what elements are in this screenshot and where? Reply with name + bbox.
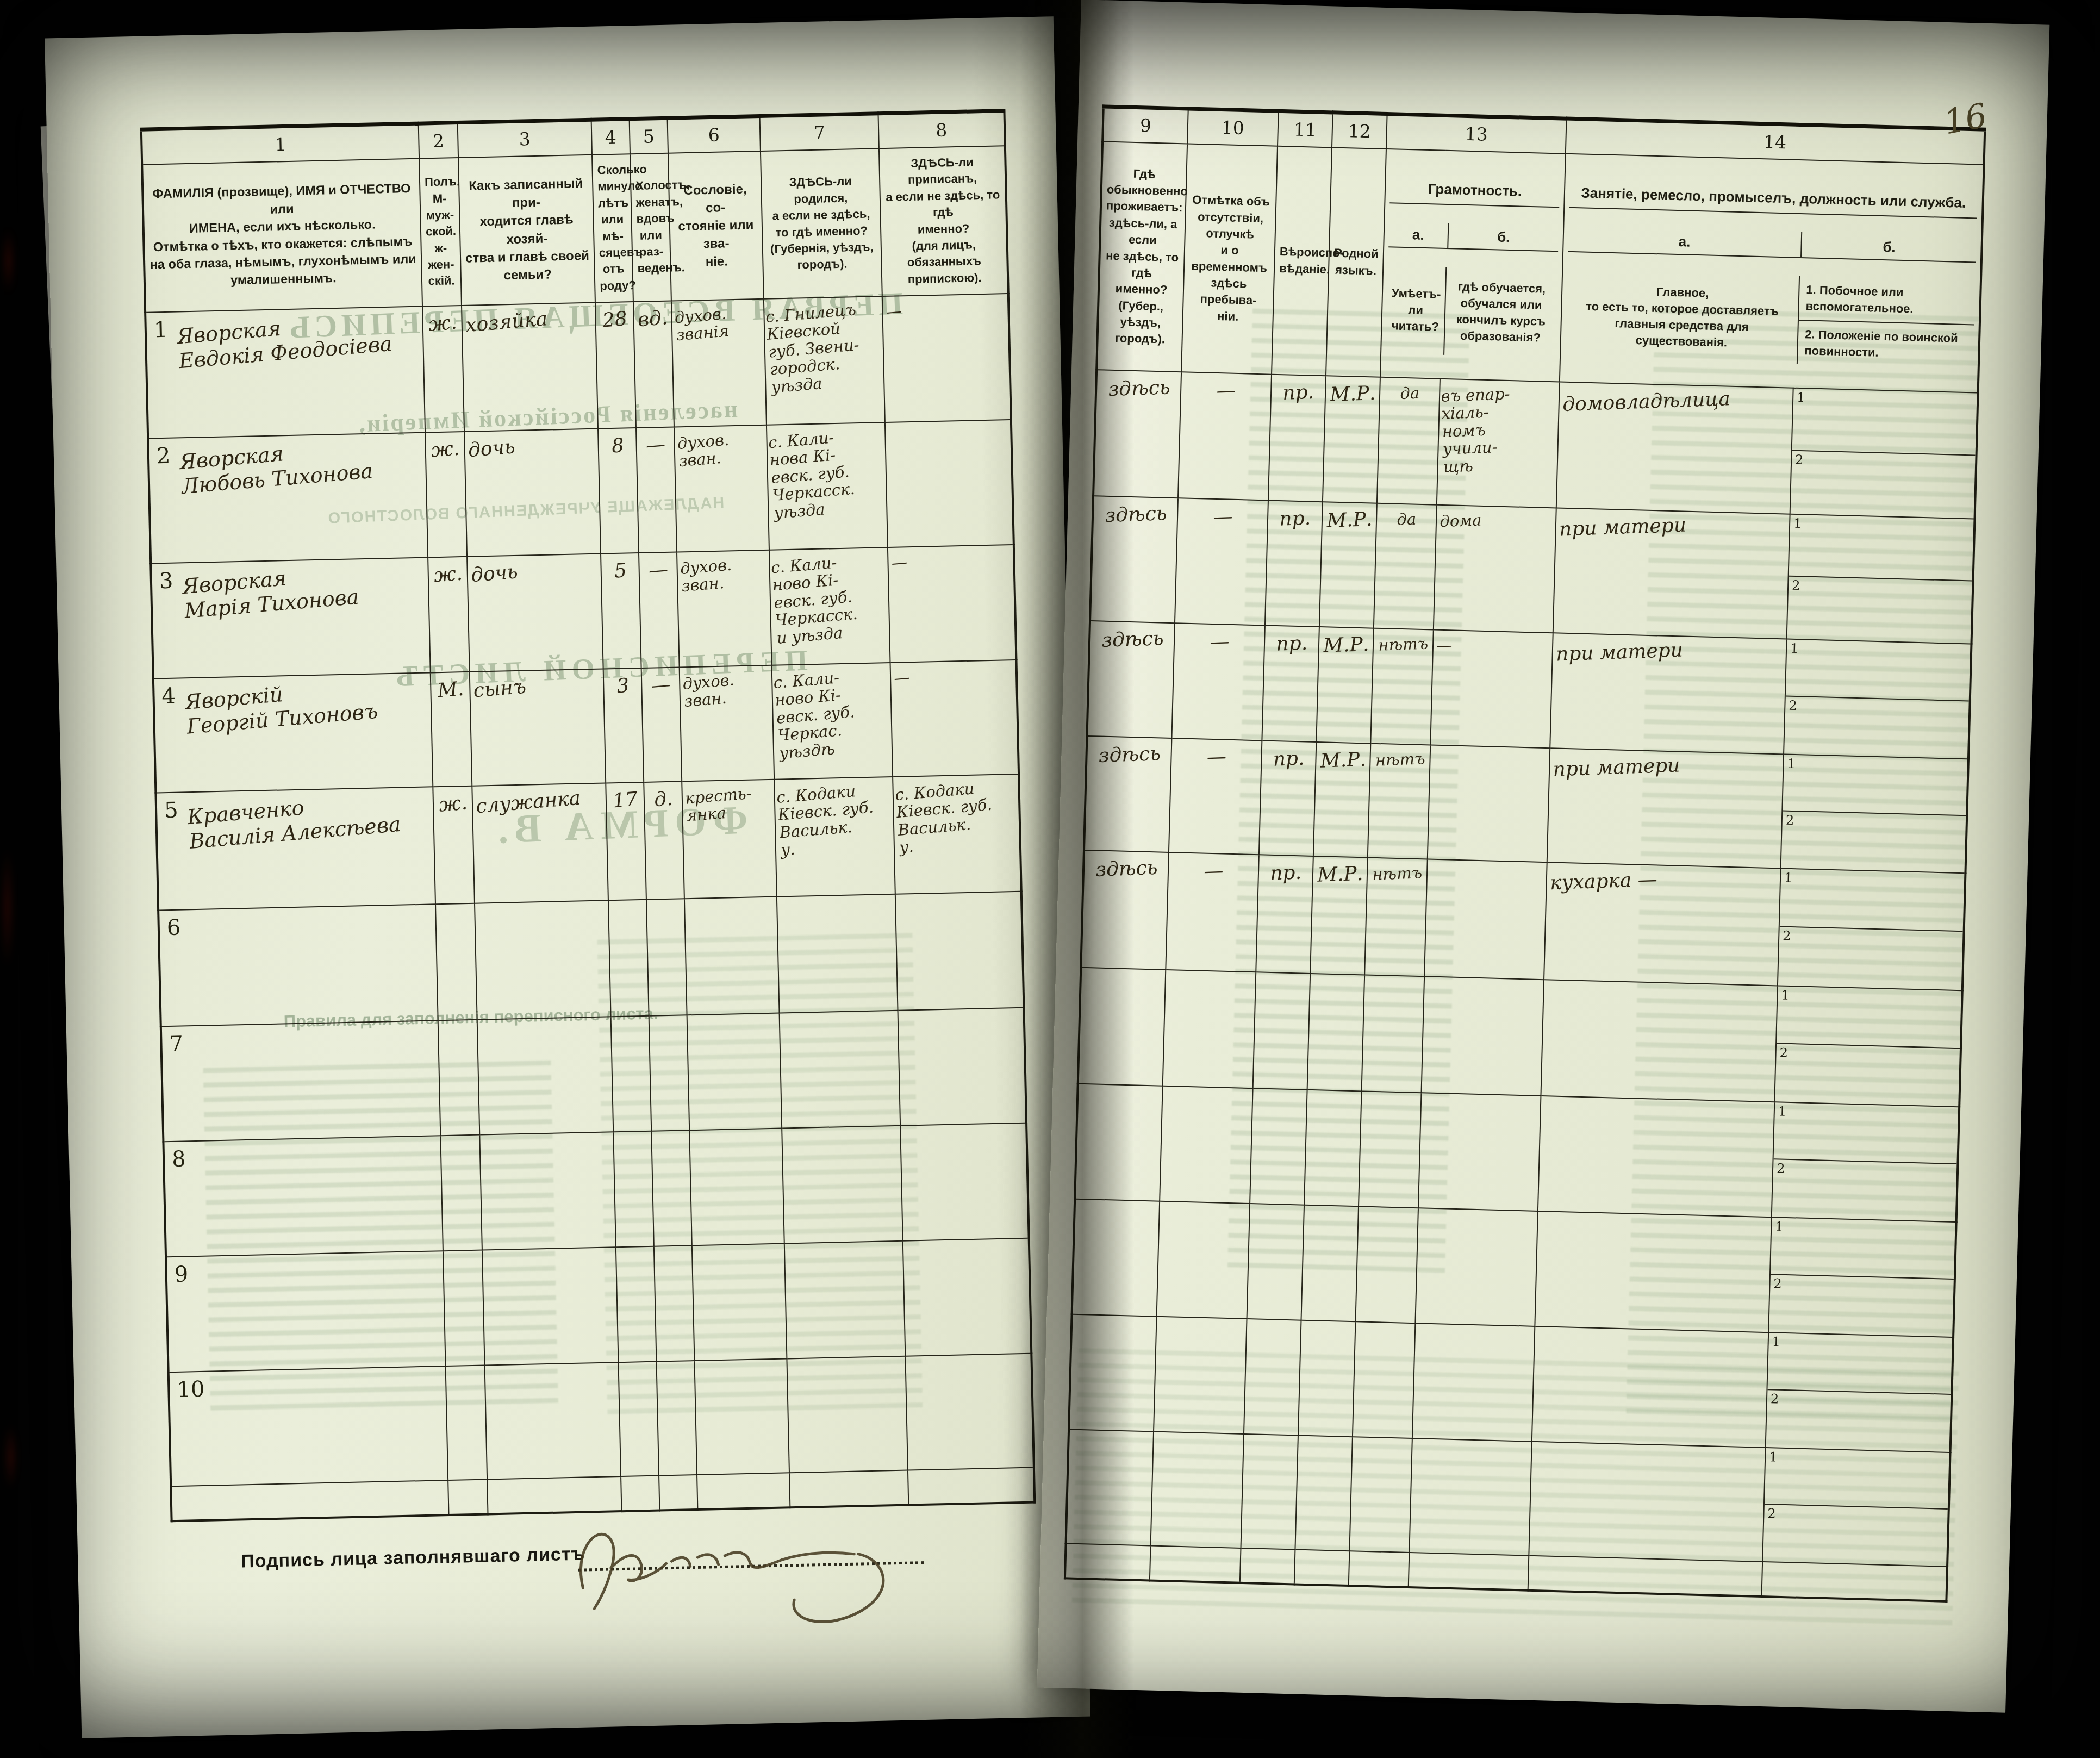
cell-religion	[1241, 1434, 1298, 1550]
row-number: 9	[174, 1262, 188, 1287]
row-number: 8	[172, 1146, 186, 1172]
cell-estate: духов. зван.	[677, 550, 772, 667]
subcell-number: 2	[1779, 1045, 1788, 1060]
entry-name: Яворскій Георгій Тихоновъ	[182, 669, 381, 739]
occupation-side-subcell-1: 1	[1792, 389, 1977, 455]
cell-occupation-main	[1541, 980, 1777, 1102]
census-body-left: 1Яворская Евдокія Феодосіеваж.хозяйка28в…	[145, 294, 1035, 1521]
subcell-number: 1	[1778, 1104, 1786, 1119]
census-row-8-right: 12	[1072, 1199, 1956, 1337]
col-13b-label: б.	[1448, 223, 1559, 251]
cell-education	[1412, 1323, 1535, 1442]
cell-religion	[1250, 1088, 1307, 1205]
cell-absence: —	[1166, 852, 1259, 972]
col-11-number: 11	[1278, 111, 1333, 147]
cell-age: 17	[606, 782, 646, 900]
col-9-number: 9	[1102, 107, 1188, 144]
cell-language: М.Р.	[1310, 856, 1368, 975]
cell-absence: —	[1178, 372, 1272, 500]
cell-registered: —	[888, 544, 1017, 662]
cell-marital: д.	[644, 781, 684, 899]
cell-name: 3Яворская Марія Тихонова	[151, 557, 431, 678]
cell-relation: сынъ	[470, 669, 606, 786]
row-number: 1	[153, 317, 167, 342]
cell-birthplace: с. Кали- ново Кі- евск. губ. Черкасск. и…	[769, 547, 890, 665]
cell-residence: здѣсь	[1093, 370, 1181, 498]
film-edge-mark	[1, 228, 15, 294]
col-1-number: 1	[141, 123, 419, 164]
cell-occupation-side: 12	[1784, 639, 1971, 759]
cell-residence	[1075, 1084, 1162, 1201]
cell-marital	[649, 1015, 690, 1131]
cell-occupation-main	[1538, 1096, 1774, 1217]
entry-name	[211, 1374, 216, 1380]
tail-cell	[1240, 1548, 1295, 1585]
cell-literate: нѣтъ	[1370, 628, 1434, 745]
cell-absence	[1154, 1317, 1247, 1434]
cell-occupation-side: 12	[1778, 868, 1966, 990]
row-number: 7	[169, 1031, 183, 1057]
cell-education	[1409, 1438, 1531, 1556]
occupation-side-subcell-1: 1	[1767, 1333, 1952, 1394]
cell-marital	[656, 1361, 697, 1475]
census-row-1-left: 1Яворская Евдокія Феодосіеваж.хозяйка28в…	[145, 294, 1011, 439]
census-table-right: 9 10 11 12 13 14 Гдѣ обыкновенно прожива…	[1064, 104, 1986, 1603]
cell-registered: —	[890, 659, 1019, 776]
cell-age	[613, 1131, 654, 1246]
cell-language	[1295, 1435, 1352, 1551]
cell-age: 3	[603, 668, 644, 782]
census-row-5-right: здѣсь—пр.М.Р.нѣтъкухарка —12	[1081, 850, 1965, 990]
census-row-2-left: 2Яворская Любовь Тихоноваж.дочь8—духов. …	[148, 420, 1014, 564]
census-row-10-left: 10	[169, 1353, 1034, 1486]
cell-registered: —	[882, 294, 1011, 422]
cell-name: 9	[166, 1251, 446, 1372]
census-row-6-right: 12	[1078, 968, 1962, 1107]
occupation-side-subcell-2: 2	[1781, 810, 1966, 871]
cell-marital: —	[636, 427, 677, 552]
occupation-side-subcell-1: 1	[1777, 986, 1961, 1048]
cell-education: —	[1430, 630, 1553, 749]
cell-absence: —	[1169, 738, 1262, 855]
col-4-number: 4	[591, 119, 630, 155]
cell-literate: нѣтъ	[1364, 857, 1428, 976]
row-number: 6	[166, 915, 180, 940]
column-header-row-right: Гдѣ обыкновенно проживаетъ: здѣсь-ли, а …	[1096, 141, 1984, 393]
cell-literate: да	[1374, 503, 1437, 630]
col-14b-questions: 1. Побочное или вспомогательное. 2. Поло…	[1798, 276, 1976, 369]
cell-sex	[446, 1365, 488, 1480]
cell-occupation-side: 12	[1781, 754, 1968, 873]
cell-language: М.Р.	[1316, 627, 1374, 744]
cell-marital: вд.	[633, 301, 674, 427]
cell-occupation-main: при матери	[1553, 508, 1790, 639]
cell-age: 28	[595, 302, 636, 428]
cell-birthplace	[782, 1125, 903, 1243]
cell-education: въ епар- хіаль- номъ учили- щѣ	[1437, 379, 1560, 508]
cell-estate	[687, 1013, 782, 1130]
cell-religion: пр.	[1259, 740, 1316, 856]
signature-scribble	[544, 1488, 971, 1639]
cell-estate	[689, 1128, 784, 1245]
col-14b-question-2: 2. Положеніе по воинской повинности.	[1798, 321, 1974, 369]
cell-age	[608, 899, 649, 1016]
subcell-number: 1	[1781, 987, 1790, 1002]
cell-marital: —	[641, 667, 682, 782]
col-10-number: 10	[1187, 109, 1279, 146]
cell-relation	[477, 1017, 614, 1134]
cell-relation	[475, 900, 611, 1019]
cell-birthplace: с. Кали- нова Кі- евск. губ. Черкасск. у…	[767, 422, 888, 550]
census-row-6-left: 6	[158, 891, 1024, 1026]
cell-relation	[485, 1362, 621, 1479]
cell-language: М.Р.	[1319, 502, 1377, 628]
cell-language	[1307, 974, 1365, 1092]
film-edge-mark	[0, 848, 14, 968]
cell-occupation-side: 12	[1766, 1332, 1953, 1452]
col-7-header: ЗДѢСЬ-ли родился, а если не здѣсь, то гд…	[761, 148, 882, 299]
census-row-3-right: здѣсь—пр.М.Р.нѣтъ—при матери12	[1087, 621, 1972, 759]
census-row-4-right: здѣсь—пр.М.Р.нѣтъпри матери12	[1084, 736, 1968, 873]
cell-religion: пр.	[1262, 625, 1319, 742]
cell-residence: здѣсь	[1087, 621, 1175, 738]
photographed-census-sheet: ПЕРВАЯ ВСЕОБЩАЯ ПЕРЕПИСЬ населенія Россі…	[0, 0, 2100, 1758]
cell-absence: —	[1175, 498, 1268, 625]
census-row-4-left: 4Яворскій Георгій ТихоновъМ.сынъ3—духов.…	[153, 659, 1019, 793]
cell-birthplace	[777, 894, 898, 1013]
cell-residence	[1069, 1314, 1156, 1432]
entry-name: Кравченко Василія Алексѣева	[184, 782, 404, 853]
col-2-header: Полъ. М-муж- ской. ж-жен- скій.	[419, 158, 462, 307]
cell-education	[1428, 745, 1550, 862]
cell-sex: ж.	[425, 431, 467, 557]
signature-label: Подпись лица заполнявшаго листъ	[241, 1544, 585, 1573]
entry-name	[190, 1028, 195, 1034]
cell-name: 10	[169, 1366, 448, 1486]
subcell-number: 2	[1783, 928, 1791, 944]
col-5-number: 5	[630, 118, 668, 154]
cell-religion: пр.	[1268, 375, 1326, 502]
cell-sex: ж.	[428, 556, 470, 672]
occupation-side-subcell-1: 1	[1780, 869, 1965, 931]
cell-marital	[651, 1130, 692, 1246]
col-8-number: 8	[878, 111, 1005, 148]
cell-name: 4Яворскій Георгій Тихоновъ	[153, 672, 433, 793]
cell-religion: пр.	[1265, 500, 1323, 627]
census-row-5-left: 5Кравченко Василія Алексѣеваж.служанка17…	[155, 774, 1021, 910]
cell-sex	[438, 1019, 480, 1136]
cell-relation: дочь	[467, 553, 603, 671]
cell-birthplace	[784, 1240, 906, 1358]
tail-cell	[448, 1479, 488, 1515]
entry-name	[193, 1143, 198, 1149]
cell-education	[1424, 859, 1547, 980]
col-13a-question: Умѣетъ- ли читать?	[1386, 265, 1447, 355]
cell-language	[1298, 1320, 1356, 1437]
cell-sex	[440, 1134, 482, 1251]
col-12-number: 12	[1332, 113, 1387, 149]
col-14-header-group: Занятіе, ремесло, промыселъ, должность и…	[1560, 153, 1984, 392]
cell-relation	[479, 1132, 616, 1250]
cell-education	[1415, 1208, 1537, 1326]
cell-absence	[1160, 1086, 1252, 1204]
col-14a-label: а.	[1568, 226, 1802, 257]
occupation-side-subcell-1: 1	[1771, 1218, 1955, 1279]
cell-occupation-side: 12	[1762, 1448, 1950, 1567]
occupation-side-subcell-1: 1	[1786, 640, 1971, 701]
cell-language	[1304, 1090, 1362, 1207]
cell-religion	[1253, 972, 1311, 1090]
cell-occupation-main	[1535, 1211, 1771, 1332]
tail-cell	[1150, 1545, 1241, 1582]
col-8-header: ЗДѢСЬ-ли приписанъ, а если не здѣсь, то …	[879, 146, 1008, 296]
occupation-side-subcell-2: 2	[1763, 1504, 1948, 1565]
cell-literate: нѣтъ	[1368, 744, 1430, 859]
cell-absence	[1157, 1201, 1250, 1319]
cell-estate: духов. зван.	[680, 665, 775, 781]
cell-relation: хозяйка	[462, 302, 598, 431]
subcell-number: 1	[1790, 641, 1799, 656]
entry-name: Яворская Любовь Тихонова	[176, 428, 376, 498]
cell-estate: кресть- янка	[682, 779, 777, 899]
literacy-group-title: Грамотность.	[1389, 173, 1560, 208]
cell-language: М.Р.	[1323, 376, 1380, 503]
cell-religion	[1244, 1319, 1301, 1436]
col-2-number: 2	[419, 123, 458, 159]
cell-name: 5Кравченко Василія Алексѣева	[155, 787, 435, 910]
subcell-number: 1	[1787, 756, 1796, 771]
cell-sex: ж.	[422, 306, 464, 433]
occupation-side-subcell-2: 2	[1775, 1043, 1960, 1105]
cell-estate	[692, 1243, 787, 1361]
cell-birthplace: с. Гнилецъ Кіевской губ. Звени- городск.…	[764, 296, 885, 425]
entry-name: Яворская Евдокія Феодосіева	[173, 301, 395, 373]
film-edge-mark	[3, 1424, 17, 1489]
cell-occupation-side: 12	[1790, 388, 1978, 519]
cell-relation: дочь	[464, 428, 601, 556]
cell-sex	[443, 1250, 485, 1366]
census-row-7-left: 7	[161, 1007, 1026, 1142]
occupation-side-subcell-2: 2	[1787, 576, 1972, 643]
occupation-side-subcell-1: 1	[1774, 1102, 1959, 1163]
subcell-number: 2	[1792, 578, 1800, 593]
census-row-8-left: 8	[163, 1123, 1029, 1257]
census-row-2-right: здѣсь—пр.М.Р.дадомапри матери12	[1090, 496, 1974, 644]
cell-age	[611, 1015, 652, 1131]
cell-sex: М.	[431, 671, 472, 787]
tail-cell	[1409, 1553, 1529, 1591]
subcell-number: 1	[1775, 1219, 1784, 1234]
cell-occupation-side: 12	[1787, 514, 1975, 644]
cell-name: 8	[163, 1136, 443, 1257]
cell-literate	[1353, 1321, 1416, 1438]
occupation-side-subcell-1: 1	[1789, 515, 1974, 581]
col-13a-label: а.	[1388, 221, 1449, 248]
col-13-header-group: Грамотность. а. б. Умѣетъ- ли читать? гд…	[1380, 148, 1566, 382]
tail-cell	[1294, 1549, 1350, 1586]
cell-name: 2Яворская Любовь Тихонова	[148, 432, 428, 563]
left-page: ПЕРВАЯ ВСЕОБЩАЯ ПЕРЕПИСЬ населенія Россі…	[45, 16, 1090, 1738]
subcell-number: 2	[1789, 698, 1797, 713]
cell-registered	[905, 1353, 1034, 1470]
subcell-number: 2	[1777, 1161, 1785, 1176]
row-number: 4	[161, 683, 176, 709]
cell-residence	[1078, 968, 1166, 1086]
row-number: 2	[156, 443, 170, 469]
signature-block: Подпись лица заполнявшаго листъ	[241, 1535, 977, 1681]
census-row-9-right: 12	[1069, 1314, 1953, 1452]
cell-marital	[654, 1245, 695, 1361]
cell-religion: пр.	[1256, 855, 1313, 974]
cell-occupation-side: 12	[1774, 986, 1962, 1107]
tail-cell	[1065, 1543, 1151, 1580]
tail-cell	[1761, 1562, 1947, 1601]
cell-residence: здѣсь	[1084, 736, 1171, 852]
cell-relation: служанка	[472, 783, 608, 903]
tail-cell	[1349, 1551, 1410, 1587]
cell-registered	[895, 891, 1024, 1010]
cell-residence	[1066, 1429, 1154, 1545]
col-12-header: Родной языкъ.	[1326, 147, 1386, 377]
cell-estate	[684, 896, 780, 1015]
cell-occupation-main: кухарка —	[1544, 862, 1781, 986]
cell-marital	[646, 899, 687, 1015]
cell-literate	[1355, 1206, 1418, 1323]
occupation-side-subcell-2: 2	[1784, 696, 1969, 758]
cell-residence: здѣсь	[1081, 850, 1169, 970]
subcell-number: 2	[1795, 452, 1804, 467]
cell-marital: —	[639, 552, 680, 668]
cell-education	[1422, 976, 1544, 1096]
census-body-right: здѣсь—пр.М.Р.давъ епар- хіаль- номъ учил…	[1065, 370, 1978, 1601]
entry-name	[188, 912, 192, 918]
cell-occupation-side: 12	[1772, 1102, 1959, 1222]
subcell-number: 1	[1769, 1449, 1778, 1464]
cell-relation	[482, 1247, 619, 1365]
cell-registered	[885, 420, 1014, 547]
col-10-header: Отмѣтка объ отсутствіи, отлучкѣ и о врем…	[1181, 144, 1278, 375]
cell-estate: духов. зван.	[674, 425, 769, 552]
occupation-side-subcell-2: 2	[1778, 926, 1963, 989]
cell-age	[618, 1361, 659, 1476]
occupation-side-subcell-2: 2	[1766, 1389, 1951, 1451]
entry-name	[195, 1258, 200, 1264]
census-row-10-right: 12	[1066, 1429, 1951, 1566]
cell-age	[616, 1246, 657, 1362]
cell-residence	[1072, 1199, 1160, 1317]
subcell-number: 1	[1784, 870, 1793, 886]
cell-name: 6	[158, 904, 438, 1026]
tail-cell	[1528, 1556, 1763, 1597]
cell-religion	[1247, 1204, 1305, 1320]
cell-occupation-main	[1532, 1326, 1768, 1448]
col-14b-label: б.	[1802, 232, 1977, 261]
subcell-number: 1	[1797, 390, 1805, 405]
cell-birthplace	[780, 1010, 901, 1128]
col-14b-question-1: 1. Побочное или вспомогательное.	[1799, 276, 1976, 325]
cell-name: 1Яворская Евдокія Феодосіева	[145, 306, 425, 438]
subcell-number: 2	[1767, 1506, 1776, 1521]
cell-absence: —	[1171, 623, 1264, 740]
col-14a-question: Главное, то есть то, которое доставляетъ…	[1565, 270, 1800, 364]
cell-literate	[1349, 1437, 1412, 1553]
subcell-number: 1	[1772, 1334, 1780, 1349]
cell-residence: здѣсь	[1090, 496, 1178, 623]
col-1-header: ФАМИЛІЯ (прозвище), ИМЯ и ОТЧЕСТВО или И…	[142, 158, 422, 312]
cell-birthplace	[787, 1356, 908, 1473]
sheet-number: 16	[1941, 95, 1990, 142]
cell-occupation-main: при матери	[1550, 633, 1786, 754]
cell-occupation-main: при матери	[1547, 748, 1784, 868]
subcell-number: 2	[1786, 813, 1794, 828]
census-row-7-right: 12	[1075, 1084, 1959, 1222]
cell-registered	[898, 1007, 1026, 1125]
cell-language: М.Р.	[1313, 742, 1370, 858]
cell-registered: с. Кодаки Кіевск. губ. Васильк. у.	[893, 774, 1021, 894]
occupation-side-subcell-2: 2	[1791, 450, 1976, 518]
cell-name: 7	[161, 1020, 441, 1142]
subcell-number: 2	[1773, 1276, 1782, 1291]
occupation-group-title: Занятіе, ремесло, промыселъ, должность и…	[1569, 177, 1978, 219]
census-table-left: 1 2 3 4 5 6 7 8 ФАМИЛІЯ (прозвище), ИМЯ …	[140, 109, 1036, 1522]
cell-occupation-main: домовладѣлица	[1556, 382, 1793, 514]
cell-occupation-side: 12	[1768, 1217, 1956, 1337]
col-7-number: 7	[760, 114, 879, 151]
cell-birthplace: с. Кали- ново Кі- евск. губ. Черкас. уѣз…	[772, 662, 893, 779]
subcell-number: 1	[1793, 516, 1802, 531]
occupation-side-subcell-1: 1	[1783, 755, 1967, 815]
cell-literate: да	[1377, 377, 1440, 505]
cell-absence	[1163, 970, 1256, 1088]
cell-literate	[1359, 1091, 1422, 1208]
cell-literate	[1362, 975, 1425, 1093]
cell-sex	[435, 903, 477, 1020]
col-6-number: 6	[668, 116, 761, 153]
cell-estate	[694, 1358, 789, 1475]
subcell-number: 2	[1771, 1391, 1779, 1406]
cell-education: дома	[1434, 505, 1556, 633]
col-4-header: Сколько минуло лѣтъ или мѣ- сяцевъ отъ р…	[592, 154, 633, 302]
census-row-9-left: 9	[166, 1238, 1031, 1372]
cell-absence	[1151, 1432, 1244, 1548]
col-13-number: 13	[1386, 114, 1567, 154]
row-number: 3	[159, 568, 173, 594]
census-row-1-right: здѣсь—пр.М.Р.давъ епар- хіаль- номъ учил…	[1093, 370, 1978, 519]
right-page: 16 9 10 11 12 13 14 Гдѣ обыкновенно пр	[1037, 0, 2050, 1713]
occupation-side-subcell-1: 1	[1765, 1448, 1949, 1508]
row-number: 5	[164, 797, 178, 823]
col-11-header: Вѣроиспо- вѣданіе.	[1272, 146, 1332, 376]
entry-name: Яворская Марія Тихонова	[179, 554, 362, 624]
row-number: 10	[177, 1376, 205, 1402]
occupation-side-subcell-2: 2	[1769, 1274, 1954, 1336]
col-3-header: Какъ записанный при- ходится главѣ хозяй…	[458, 154, 595, 305]
col-6-header: Сословіе, со- стояніе или зва- ніе.	[668, 151, 764, 301]
col-9-header: Гдѣ обыкновенно проживаетъ: здѣсь-ли, а …	[1096, 141, 1187, 372]
cell-registered	[900, 1123, 1029, 1240]
col-13b-question: гдѣ обучается, обучался или кончилъ курс…	[1444, 267, 1557, 358]
tail-cell	[171, 1480, 448, 1521]
column-header-row-left: ФАМИЛІЯ (прозвище), ИМЯ и ОТЧЕСТВО или И…	[142, 146, 1008, 313]
cell-age: 8	[598, 428, 639, 553]
col-3-number: 3	[458, 120, 592, 157]
cell-age: 5	[601, 553, 641, 669]
census-row-3-left: 3Яворская Марія Тихоноваж.дочь5—духов. з…	[151, 544, 1016, 678]
cell-registered	[903, 1238, 1032, 1356]
occupation-side-subcell-2: 2	[1772, 1158, 1957, 1220]
cell-language	[1301, 1205, 1359, 1322]
cell-estate: духов. званія	[671, 298, 767, 427]
